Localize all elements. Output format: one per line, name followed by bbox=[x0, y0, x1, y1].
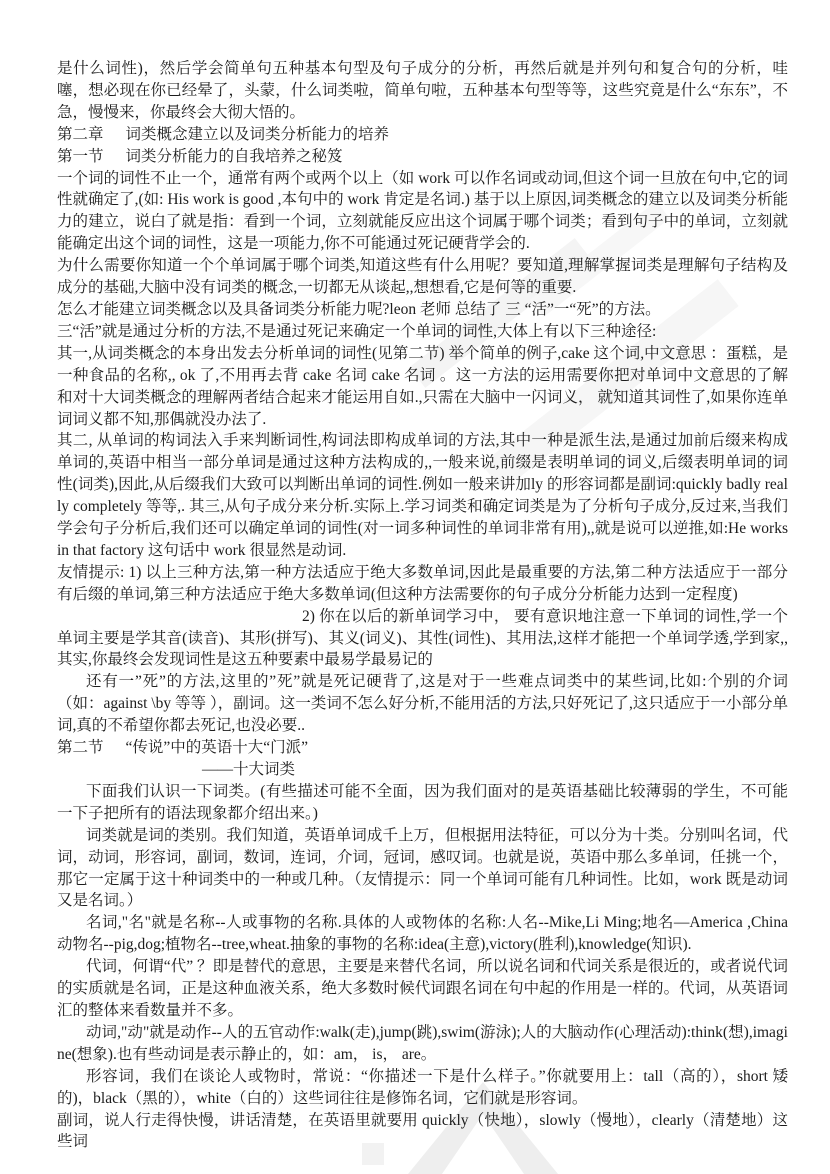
paragraph-adjective: 形容词，我们在谈论人或物时，常说：“你描述一下是什么样子。”你就要用上：tall… bbox=[57, 1066, 788, 1110]
paragraph-pronoun: 代词，何谓“代” ？即是替代的意思，主要是来替代名词，所以说名词和代词关系是很近… bbox=[57, 956, 788, 1022]
chapter-number: 第二章 bbox=[57, 126, 104, 143]
paragraph: 一个词的词性不止一个，通常有两个或两个以上（如 work 可以作名词或动词,但这… bbox=[57, 168, 788, 256]
section-number: 第一节 bbox=[57, 148, 104, 165]
paragraph: 友情提示: 1) 以上三种方法,第一种方法适应于绝大多数单词,因此是最重要的方法… bbox=[57, 562, 788, 606]
document-content: 是什么词性)，然后学会简单句五种基本句型及句子成分的分析，再然后就是并列句和复合… bbox=[57, 58, 788, 1153]
document-page: 是什么词性)，然后学会简单句五种基本句型及句子成分的分析，再然后就是并列句和复合… bbox=[0, 0, 830, 1174]
paragraph: 还有一”死”的方法,这里的”死”就是死记硬背了,这是对于一些难点词类中的某些词,… bbox=[57, 671, 788, 737]
subtitle-line: ——十大词类 bbox=[57, 759, 788, 781]
paragraph: 词类就是词的类别。我们知道，英语单词成千上万，但根据用法特征，可以分为十类。分别… bbox=[57, 825, 788, 913]
paragraph: 三“活”就是通过分析的方法,不是通过死记来确定一个单词的词性,大体上有以下三种途… bbox=[57, 321, 788, 343]
section-number: 第二节 bbox=[57, 739, 104, 756]
paragraph-tip-2: 2) 你在以后的新单词学习中， 要有意识地注意一下单词的词性,学一个单词主要是学… bbox=[57, 606, 788, 672]
paragraph: 为什么需要你知道一个个单词属于哪个词类,知道这些有什么用呢？要知道,理解掌握词类… bbox=[57, 255, 788, 299]
paragraph-verb: 动词,"动"就是动作--人的五官动作:walk(走),jump(跳),swim(… bbox=[57, 1022, 788, 1066]
paragraph: 怎么才能建立词类概念以及具备词类分析能力呢?leon 老师 总结了 三 “活”一… bbox=[57, 299, 788, 321]
paragraph-adverb: 副词，说人行走得快慢，讲话清楚，在英语里就要用 quickly（快地），slow… bbox=[57, 1110, 788, 1154]
section-title: 词类分析能力的自我培养之秘笈 bbox=[126, 148, 343, 165]
section-heading: 第二节“传说”中的英语十大“门派” bbox=[57, 737, 788, 759]
section-heading: 第一节词类分析能力的自我培养之秘笈 bbox=[57, 146, 788, 168]
section-title: “传说”中的英语十大“门派” bbox=[126, 739, 309, 756]
paragraph: 其二, 从单词的构词法入手来判断词性,构词法即构成单词的方法,其中一种是派生法,… bbox=[57, 430, 788, 561]
paragraph: 其一,从词类概念的本身出发去分析单词的词性(见第二节) 举个简单的例子,cake… bbox=[57, 343, 788, 431]
chapter-title: 词类概念建立以及词类分析能力的培养 bbox=[126, 126, 390, 143]
paragraph: 是什么词性)，然后学会简单句五种基本句型及句子成分的分析，再然后就是并列句和复合… bbox=[57, 58, 788, 124]
paragraph: 下面我们认识一下词类。(有些描述可能不全面，因为我们面对的是英语基础比较薄弱的学… bbox=[57, 781, 788, 825]
paragraph-noun: 名词,"名"就是名称--人或事物的名称.具体的人或物体的名称:人名--Mike,… bbox=[57, 912, 788, 956]
chapter-heading: 第二章词类概念建立以及词类分析能力的培养 bbox=[57, 124, 788, 146]
